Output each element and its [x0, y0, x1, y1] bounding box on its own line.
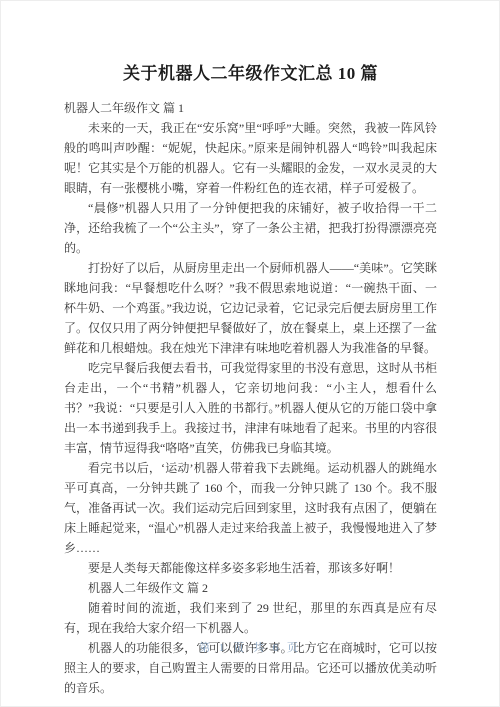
section-2-heading: 机器人二年级作文 篇 2 — [64, 578, 437, 598]
document-title: 关于机器人二年级作文汇总 10 篇 — [64, 62, 437, 86]
essay-1-paragraph-4: 吃完早餐后我便去看书，可我觉得家里的书没有意思，这时从书柜台走出，一个“书精”机… — [64, 358, 437, 458]
essay-1-paragraph-5: 看完书以后，‘运动’机器人带着我下去跳绳。运动机器人的跳绳水平可真高，一分钟共跳… — [64, 458, 437, 558]
essay-1-paragraph-2: “晨修”机器人只用了一分钟便把我的床铺好，被子收拾得一干二净，还给我梳了一个“公… — [64, 198, 437, 258]
essay-1-paragraph-6: 要是人类每天都能像这样多姿多彩地生活着，那该多好啊！ — [64, 558, 437, 578]
page-footer: 第 1 页 共 6 页 — [0, 639, 500, 655]
section-1-heading: 机器人二年级作文 篇 1 — [64, 98, 437, 118]
page-number-text: 第 1 页 共 6 页 — [199, 642, 301, 654]
essay-1-paragraph-3: 打扮好了以后，从厨房里走出一个厨师机器人——“美味”。它笑眯眯地问我：“早餐想吃… — [64, 258, 437, 358]
essay-1-paragraph-1: 未来的一天，我正在“安乐窝”里“呼呼”大睡。突然，我被一阵风铃般的鸣叫声吵醒：“… — [64, 118, 437, 198]
essay-2-paragraph-1: 随着时间的流逝，我们来到了 29 世纪，那里的东西真是应有尽有，现在我给大家介绍… — [64, 598, 437, 638]
document-page: 关于机器人二年级作文汇总 10 篇 机器人二年级作文 篇 1 未来的一天，我正在… — [0, 0, 500, 707]
